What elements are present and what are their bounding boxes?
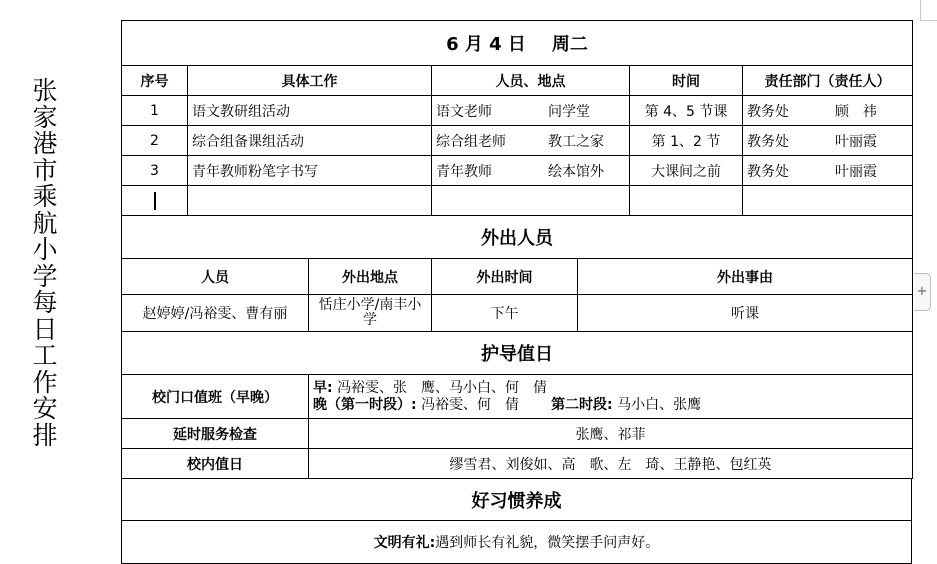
page-corner-marker [920,0,937,21]
duty-table: 护导值日 校门口值班（早晚） 早: 冯裕雯、张 鹰、马小白、何 倩 晚（第一时段… [121,331,913,479]
title-char: 日 [30,317,60,344]
dept: 教务处 [747,131,835,151]
title-char: 排 [30,423,60,450]
title-char: 工 [30,343,60,370]
title-char: 安 [30,396,60,423]
task-cell[interactable]: 青年教师粉笔字书写 [188,156,432,186]
date-label: 6 月 4 日 [446,34,526,55]
add-row-button[interactable]: + [914,273,931,311]
outings-section-title: 外出人员 [122,216,913,259]
title-char: 市 [30,158,60,185]
title-char: 家 [30,105,60,132]
dept-cell[interactable]: 教务处叶丽霞 [743,126,913,156]
people-place-cell[interactable]: 语文老师问学堂 [432,96,630,126]
morning-names: 冯裕雯、张 鹰、马小白、何 倩 [337,380,547,396]
place: 教工之家 [548,134,604,150]
row-no[interactable]: 3 [122,156,188,186]
text-cursor [154,192,156,210]
column-header-reason: 外出事由 [578,259,913,295]
time-cell[interactable]: 第 1、2 节 [630,126,743,156]
duty-section-title: 护导值日 [122,332,913,375]
people: 综合组老师 [436,131,548,151]
time-cell[interactable]: 第 4、5 节课 [630,96,743,126]
place: 绘本馆外 [548,164,604,180]
people-place-cell[interactable]: 综合组老师教工之家 [432,126,630,156]
dept-cell[interactable]: 教务处顾 祎 [743,96,913,126]
table-row: 2 综合组备课组活动 综合组老师教工之家 第 1、2 节 教务处叶丽霞 [122,126,913,156]
row-no-empty[interactable] [122,186,188,216]
people-place-cell[interactable]: 青年教师绘本馆外 [432,156,630,186]
habits-table: 好习惯养成 文明有礼:遇到师长有礼貌，微笑摆手问声好。 [121,478,912,564]
owner: 叶丽霞 [835,134,877,150]
second-period-label: 第二时段: [551,397,613,413]
empty-cell[interactable] [630,186,743,216]
schedule-document: 6 月 4 日周二 序号 具体工作 人员、地点 时间 责任部门（责任人） 1 语… [121,20,912,564]
second-period-names: 马小白、张鹰 [617,397,701,413]
people: 语文老师 [436,101,548,121]
column-header-place: 外出地点 [309,259,432,295]
title-char: 每 [30,290,60,317]
owner: 顾 祎 [835,104,877,120]
table-row-empty [122,186,913,216]
title-char: 港 [30,131,60,158]
campus-duty-label: 校内值日 [122,449,309,479]
morning-label: 早: [313,380,333,396]
task-cell[interactable]: 综合组备课组活动 [188,126,432,156]
habits-section-title: 好习惯养成 [122,479,912,521]
dept-cell[interactable]: 教务处叶丽霞 [743,156,913,186]
evening-names: 冯裕雯、何 倩 [421,397,519,413]
empty-cell[interactable] [188,186,432,216]
title-char: 航 [30,211,60,238]
habits-item-text: 遇到师长有礼貌，微笑摆手问声好。 [435,535,659,551]
empty-cell[interactable] [432,186,630,216]
habits-item-label: 文明有礼: [374,535,436,551]
column-header-people-place: 人员、地点 [432,66,630,96]
campus-duty-names[interactable]: 缪雪君、刘俊如、高 歌、左 琦、王静艳、包红英 [309,449,913,479]
title-char: 学 [30,264,60,291]
title-char: 张 [30,78,60,105]
owner: 叶丽霞 [835,164,877,180]
outing-people-cell[interactable]: 赵婷婷/冯裕雯、曹有丽 [122,295,309,332]
date-header: 6 月 4 日周二 [122,21,913,66]
row-no[interactable]: 1 [122,96,188,126]
column-header-time: 时间 [630,66,743,96]
column-header-dept: 责任部门（责任人） [743,66,913,96]
place: 问学堂 [548,104,590,120]
gate-duty-cell[interactable]: 早: 冯裕雯、张 鹰、马小白、何 倩 晚（第一时段）: 冯裕雯、何 倩第二时段:… [309,375,913,419]
dept: 教务处 [747,161,835,181]
delay-service-names[interactable]: 张鹰、祁菲 [309,419,913,449]
document-side-title: 张 家 港 市 乘 航 小 学 每 日 工 作 安 排 [30,78,60,449]
habits-item-cell[interactable]: 文明有礼:遇到师长有礼貌，微笑摆手问声好。 [122,521,912,564]
evening-label: 晚（第一时段）: [313,397,417,413]
outing-time-cell[interactable]: 下午 [432,295,578,332]
outing-place-cell[interactable]: 恬庄小学/南丰小学 [309,295,432,332]
weekday-label: 周二 [552,34,588,55]
table-row: 赵婷婷/冯裕雯、曹有丽 恬庄小学/南丰小学 下午 听课 [122,295,913,332]
daily-work-table: 6 月 4 日周二 序号 具体工作 人员、地点 时间 责任部门（责任人） 1 语… [121,20,913,216]
column-header-no: 序号 [122,66,188,96]
column-header-people: 人员 [122,259,309,295]
plus-icon: + [917,284,928,299]
outings-table: 外出人员 人员 外出地点 外出时间 外出事由 赵婷婷/冯裕雯、曹有丽 恬庄小学/… [121,215,913,332]
table-row: 3 青年教师粉笔字书写 青年教师绘本馆外 大课间之前 教务处叶丽霞 [122,156,913,186]
row-no[interactable]: 2 [122,126,188,156]
title-char: 作 [30,370,60,397]
column-header-time: 外出时间 [432,259,578,295]
title-char: 小 [30,237,60,264]
column-header-task: 具体工作 [188,66,432,96]
dept: 教务处 [747,101,835,121]
time-cell[interactable]: 大课间之前 [630,156,743,186]
empty-cell[interactable] [743,186,913,216]
people: 青年教师 [436,161,548,181]
task-cell[interactable]: 语文教研组活动 [188,96,432,126]
title-char: 乘 [30,184,60,211]
gate-duty-label: 校门口值班（早晚） [122,375,309,419]
table-row: 1 语文教研组活动 语文老师问学堂 第 4、5 节课 教务处顾 祎 [122,96,913,126]
outing-reason-cell[interactable]: 听课 [578,295,913,332]
delay-service-label: 延时服务检查 [122,419,309,449]
